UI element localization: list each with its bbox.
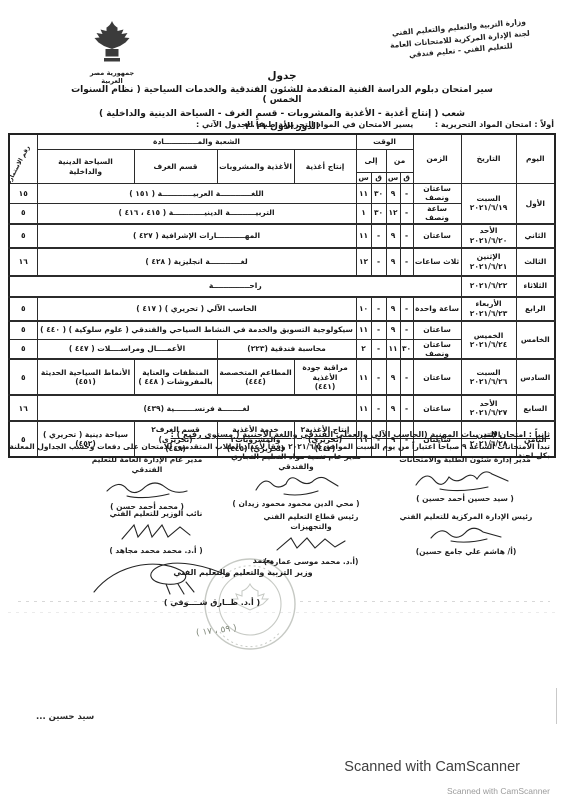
header-form-number: رقم الاستمارة <box>9 134 37 184</box>
day-cell: السادس <box>516 359 555 395</box>
from-min-cell: - <box>400 297 413 321</box>
subject-cell: اللغــــــــــــة العربيــــــــــــة ( … <box>37 184 356 204</box>
from-hour-cell: ١١ <box>386 339 400 359</box>
from-hour-cell: ٩ <box>386 248 400 276</box>
header-col-rooms-division: قسم الغرف <box>134 150 217 184</box>
scan-artifact-line <box>8 612 556 613</box>
day-cell: السابع <box>516 395 555 421</box>
to-hour-cell: ١١ <box>356 184 371 204</box>
to-hour-cell: ١٢ <box>356 248 371 276</box>
header-col-food-beverages: الأغذية والمشروبات <box>217 150 294 184</box>
from-min-cell: - <box>400 224 413 248</box>
header-to-min: ق <box>371 173 386 184</box>
day-cell: الأول <box>516 184 555 224</box>
subject-cell: لغــــــــــــة انجليزية ( ٤٢٨ ) <box>37 248 356 276</box>
date-cell: السبت ٢٠٢١/٦/١٩ <box>461 184 516 224</box>
from-hour-cell: ٩ <box>386 184 400 204</box>
header-time-to: إلى <box>356 150 386 173</box>
signature-icon <box>410 465 520 493</box>
section-second-label: ثانياً : امتحان التدريبات المهنية (الحاس… <box>171 430 550 439</box>
doc-title-line3: شعب ( إنتاج أغذية - الأغذية والمشروبات -… <box>60 109 504 119</box>
to-hour-cell: ١١ <box>356 224 371 248</box>
duration-cell: ساعتان ونصف <box>413 339 461 359</box>
to-hour-cell: ١١ <box>356 321 371 340</box>
from-min-cell: - <box>400 248 413 276</box>
header-day: اليوم <box>516 134 555 184</box>
signature-icon <box>248 472 344 498</box>
header-time: الوقت <box>356 134 413 150</box>
day-cell: الثاني <box>516 224 555 248</box>
day-cell: الثالث <box>516 248 555 276</box>
from-hour-cell: ٩ <box>386 359 400 395</box>
from-min-cell: - <box>400 184 413 204</box>
header-to-hour: س <box>356 173 371 184</box>
duration-cell: ساعتان <box>413 321 461 340</box>
to-hour-cell: ١١ <box>356 395 371 421</box>
subject-cell: المهـــــــــــارات الإشرافية ( ٤٢٧ ) <box>37 224 356 248</box>
subject-cell: التربيــــــــــة الدينيــــــــــــة ( … <box>37 203 356 223</box>
duration-cell: ساعتان ونصف <box>413 184 461 204</box>
form-number-cell: ٥ <box>9 297 37 321</box>
day-cell: الخامس <box>516 321 555 360</box>
scanned-exam-schedule-page: { "header": { "ministry_lines": { "l1": … <box>0 0 564 800</box>
header-from-min: ق <box>400 173 413 184</box>
from-hour-cell: ٩ <box>386 321 400 340</box>
from-min-cell: ٣٠ <box>400 339 413 359</box>
section-first-note: يسير الامتحان في المواد التحريرية طبقاً … <box>196 120 413 129</box>
ministry-header-block: وزارة التربية والتعليم والتعليم الفني لج… <box>369 14 551 64</box>
from-hour-cell: ١٢ <box>386 203 400 223</box>
signature-icon <box>423 522 509 546</box>
form-number-cell: ٥ <box>9 224 37 248</box>
scan-artifact-edge <box>556 688 557 724</box>
exam-schedule-table: اليوم التاريخ الزمن الوقت الشعبة والمـــ… <box>8 133 556 458</box>
subject-cell: الأنماط السياحية الحديثة (٤٥١) <box>37 359 134 395</box>
signature-block-general-hotel-education: مدير عام الإدارة العامة للتعليم الفندقي … <box>76 455 218 511</box>
to-min-cell: - <box>371 395 386 421</box>
signature-block-central-admin-head: رئيس الإدارة المركزية للتعليم الفني (أ/ … <box>390 512 542 556</box>
date-cell: السبت ٢٠٢١/٦/٢٦ <box>461 359 516 395</box>
subject-cell: مراقبة جودة الأغذية (٤٤١) <box>294 359 356 395</box>
day-cell: الثلاثاء <box>516 276 555 297</box>
header-branch-subject: الشعبة والمـــــــــــــادة <box>37 134 356 150</box>
to-hour-cell: ١١ <box>356 359 371 395</box>
minister-signature-icon <box>86 556 246 602</box>
signature-block-commercial-hotel-education: مدير عام تنمية مواد التعليم التجاري والف… <box>220 452 372 508</box>
to-min-cell: - <box>371 321 386 340</box>
duration-cell: ساعتان <box>413 224 461 248</box>
header-col-religious-tourism: السياحة الدينية والداخلية <box>37 150 134 184</box>
subject-cell: المنظفات والعناية بالمفروشات ( ٤٤٨ ) <box>134 359 217 395</box>
scan-artifact-line <box>300 601 550 602</box>
subject-cell: الأعمــــال ومراســــلات ( ٤٤٧ ) <box>37 339 217 359</box>
date-cell: الأحد ٢٠٢١/٦/٢٠ <box>461 224 516 248</box>
day-cell: الرابع <box>516 297 555 321</box>
footer-handwritten-name: سيد حسين ... <box>36 712 94 722</box>
header-duration: الزمن <box>413 134 461 184</box>
to-hour-cell: ١٠ <box>356 297 371 321</box>
from-hour-cell: ٩ <box>386 395 400 421</box>
from-hour-cell: ٩ <box>386 297 400 321</box>
subject-cell: المطاعم المتخصصة (٤٤٤) <box>217 359 294 395</box>
form-number-cell: ١٥ <box>9 184 37 204</box>
to-min-cell: ٣٠ <box>371 184 386 204</box>
duration-cell: ساعة ونصف <box>413 203 461 223</box>
form-number-cell: ١٦ <box>9 248 37 276</box>
to-min-cell: - <box>371 359 386 395</box>
from-min-cell: - <box>400 359 413 395</box>
doc-title-word: جدول <box>60 70 504 82</box>
from-hour-cell: ٩ <box>386 224 400 248</box>
form-number-cell: ٥ <box>9 203 37 223</box>
to-hour-cell: ١ <box>356 203 371 223</box>
date-cell: الأحد ٢٠٢١/٦/٢٧ <box>461 395 516 421</box>
to-min-cell: - <box>371 339 386 359</box>
duration-cell: ساعتان <box>413 359 461 395</box>
section-first-label: أولاً : امتحان المواد التحريرية : <box>435 120 554 129</box>
scan-artifact-line <box>18 601 198 602</box>
subject-cell: محاسبة فندقية (٢٢٣) <box>217 339 356 359</box>
from-min-cell: - <box>400 395 413 421</box>
subject-cell: سيكولوجية التسويق والخدمة في النشاط السي… <box>37 321 356 340</box>
camscanner-watermark-large: Scanned with CamScanner <box>344 759 520 775</box>
date-cell: الخميس ٢٠٢١/٦/٢٤ <box>461 321 516 360</box>
signature-icon <box>114 519 198 545</box>
duration-cell: ساعتان <box>413 395 461 421</box>
form-number-cell: ٥ <box>9 359 37 395</box>
from-min-cell: - <box>400 321 413 340</box>
camscanner-watermark-small: Scanned with CamScanner <box>447 786 550 796</box>
form-number-cell: ٥ <box>9 339 37 359</box>
minister-name: ( أ.د. طــارق شــــوقي ) <box>132 598 292 607</box>
doc-title-line2: سير امتحان دبلوم الدراسة الفنية المتقدمة… <box>60 85 504 105</box>
subject-cell: الحاسب الآلي ( تحريري ) ( ٤١٧ ) <box>37 297 356 321</box>
from-min-cell: - <box>400 203 413 223</box>
date-cell: الإثنين ٢٠٢١/٦/٢١ <box>461 248 516 276</box>
to-min-cell: - <box>371 297 386 321</box>
header-from-hour: س <box>386 173 400 184</box>
signature-icon <box>101 475 193 501</box>
form-number-cell: ٥ <box>9 321 37 340</box>
signature-block-students-affairs: مدير إدارة شئون الطلبة والامتحانات ( سيد… <box>384 455 546 503</box>
form-number-cell: ١٦ <box>9 395 37 421</box>
eagle-logo-icon <box>92 20 132 64</box>
header-date: التاريخ <box>461 134 516 184</box>
subject-cell: لغــــــــة فرنســــــــية (٤٣٩) <box>37 395 356 421</box>
header-time-from: من <box>386 150 413 173</box>
to-min-cell: ٣٠ <box>371 203 386 223</box>
to-min-cell: - <box>371 224 386 248</box>
duration-cell: ساعة واحدة <box>413 297 461 321</box>
to-min-cell: - <box>371 248 386 276</box>
header-col-food-production: إنتاج أغذية <box>294 150 356 184</box>
date-cell: الأربعاء ٢٠٢١/٦/٢٣ <box>461 297 516 321</box>
duration-cell: ثلاث ساعات <box>413 248 461 276</box>
rest-day-cell: راحــــــــــــــة <box>9 276 461 297</box>
date-cell: ٢٠٢١/٦/٢٢ <box>461 276 516 297</box>
to-hour-cell: ٢ <box>356 339 371 359</box>
